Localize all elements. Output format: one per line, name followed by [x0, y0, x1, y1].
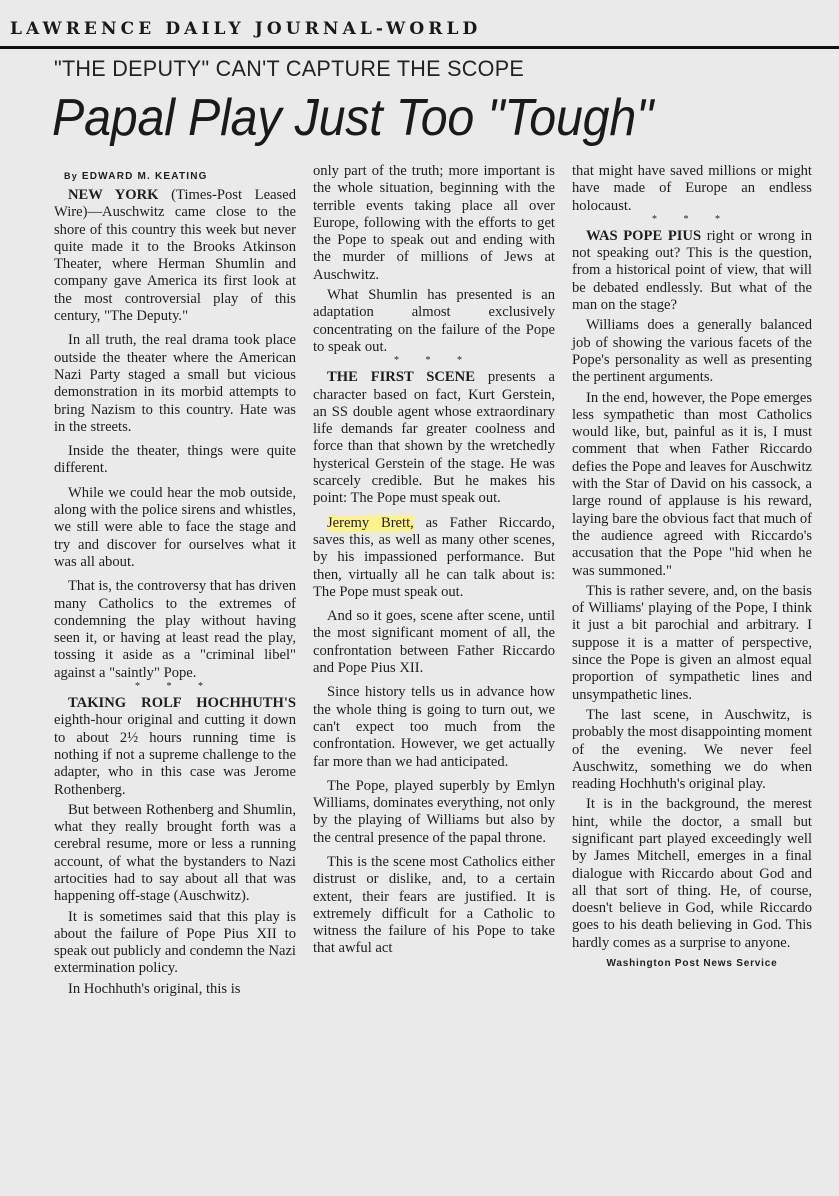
- section-lead: THE FIRST SCENE: [327, 369, 475, 385]
- masthead-rule: [0, 46, 839, 49]
- highlighted-name: Jeremy Brett,: [327, 515, 414, 531]
- paragraph: That is, the controversy that has driven…: [54, 578, 296, 682]
- paragraph: only part of the truth; more important i…: [313, 163, 555, 284]
- section-separator: * * *: [572, 214, 812, 226]
- paragraph: THE FIRST SCENE presents a character bas…: [313, 369, 555, 507]
- article-column-2: only part of the truth; more important i…: [313, 163, 555, 965]
- article-headline: Papal Play Just Too "Tough": [52, 88, 653, 148]
- paragraph: The Pope, played superbly by Emlyn Willi…: [313, 778, 555, 847]
- section-lead: TAKING ROLF HOCHHUTH'S: [68, 695, 296, 711]
- paragraph: This is rather severe, and, on the basis…: [572, 583, 812, 704]
- byline-author: EDWARD M. KEATING: [82, 171, 208, 182]
- paragraph: The last scene, in Auschwitz, is probabl…: [572, 707, 812, 793]
- paragraph: Inside the theater, things were quite di…: [54, 443, 296, 478]
- dateline: NEW YORK: [68, 187, 159, 203]
- byline-prefix: By: [64, 171, 78, 181]
- section-separator: * * *: [313, 355, 555, 367]
- paragraph: Jeremy Brett, as Father Riccardo, saves …: [313, 515, 555, 601]
- paragraph: In all truth, the real drama took place …: [54, 332, 296, 436]
- paragraph: In the end, however, the Pope emerges le…: [572, 390, 812, 580]
- paragraph: that might have saved millions or might …: [572, 163, 812, 215]
- paragraph: What Shumlin has presented is an adaptat…: [313, 287, 555, 356]
- paragraph: And so it goes, scene after scene, until…: [313, 608, 555, 677]
- article-kicker: "THE DEPUTY" CAN'T CAPTURE THE SCOPE: [54, 56, 524, 82]
- byline: By EDWARD M. KEATING: [64, 169, 296, 184]
- paragraph: NEW YORK (Times-Post Leased Wire)—Auschw…: [54, 187, 296, 325]
- paragraph: In Hochhuth's original, this is: [54, 981, 296, 998]
- paragraph: It is in the background, the merest hint…: [572, 796, 812, 952]
- paragraph: WAS POPE PIUS right or wrong in not spea…: [572, 228, 812, 314]
- section-separator: * * *: [54, 681, 296, 693]
- newspaper-masthead: LAWRENCE DAILY JOURNAL-WORLD: [10, 19, 481, 39]
- paragraph: Williams does a generally balanced job o…: [572, 317, 812, 386]
- paragraph: But between Rothenberg and Shumlin, what…: [54, 802, 296, 906]
- paragraph: While we could hear the mob outside, alo…: [54, 485, 296, 571]
- paragraph: This is the scene most Catholics either …: [313, 854, 555, 958]
- wire-service-credit: Washington Post News Service: [572, 955, 812, 972]
- section-lead: WAS POPE PIUS: [586, 228, 701, 244]
- article-column-1: By EDWARD M. KEATING NEW YORK (Times-Pos…: [54, 169, 296, 1001]
- paragraph: It is sometimes said that this play is a…: [54, 909, 296, 978]
- paragraph: TAKING ROLF HOCHHUTH'S eighth-hour origi…: [54, 695, 296, 799]
- paragraph: Since history tells us in advance how th…: [313, 684, 555, 770]
- article-column-3: that might have saved millions or might …: [572, 163, 812, 972]
